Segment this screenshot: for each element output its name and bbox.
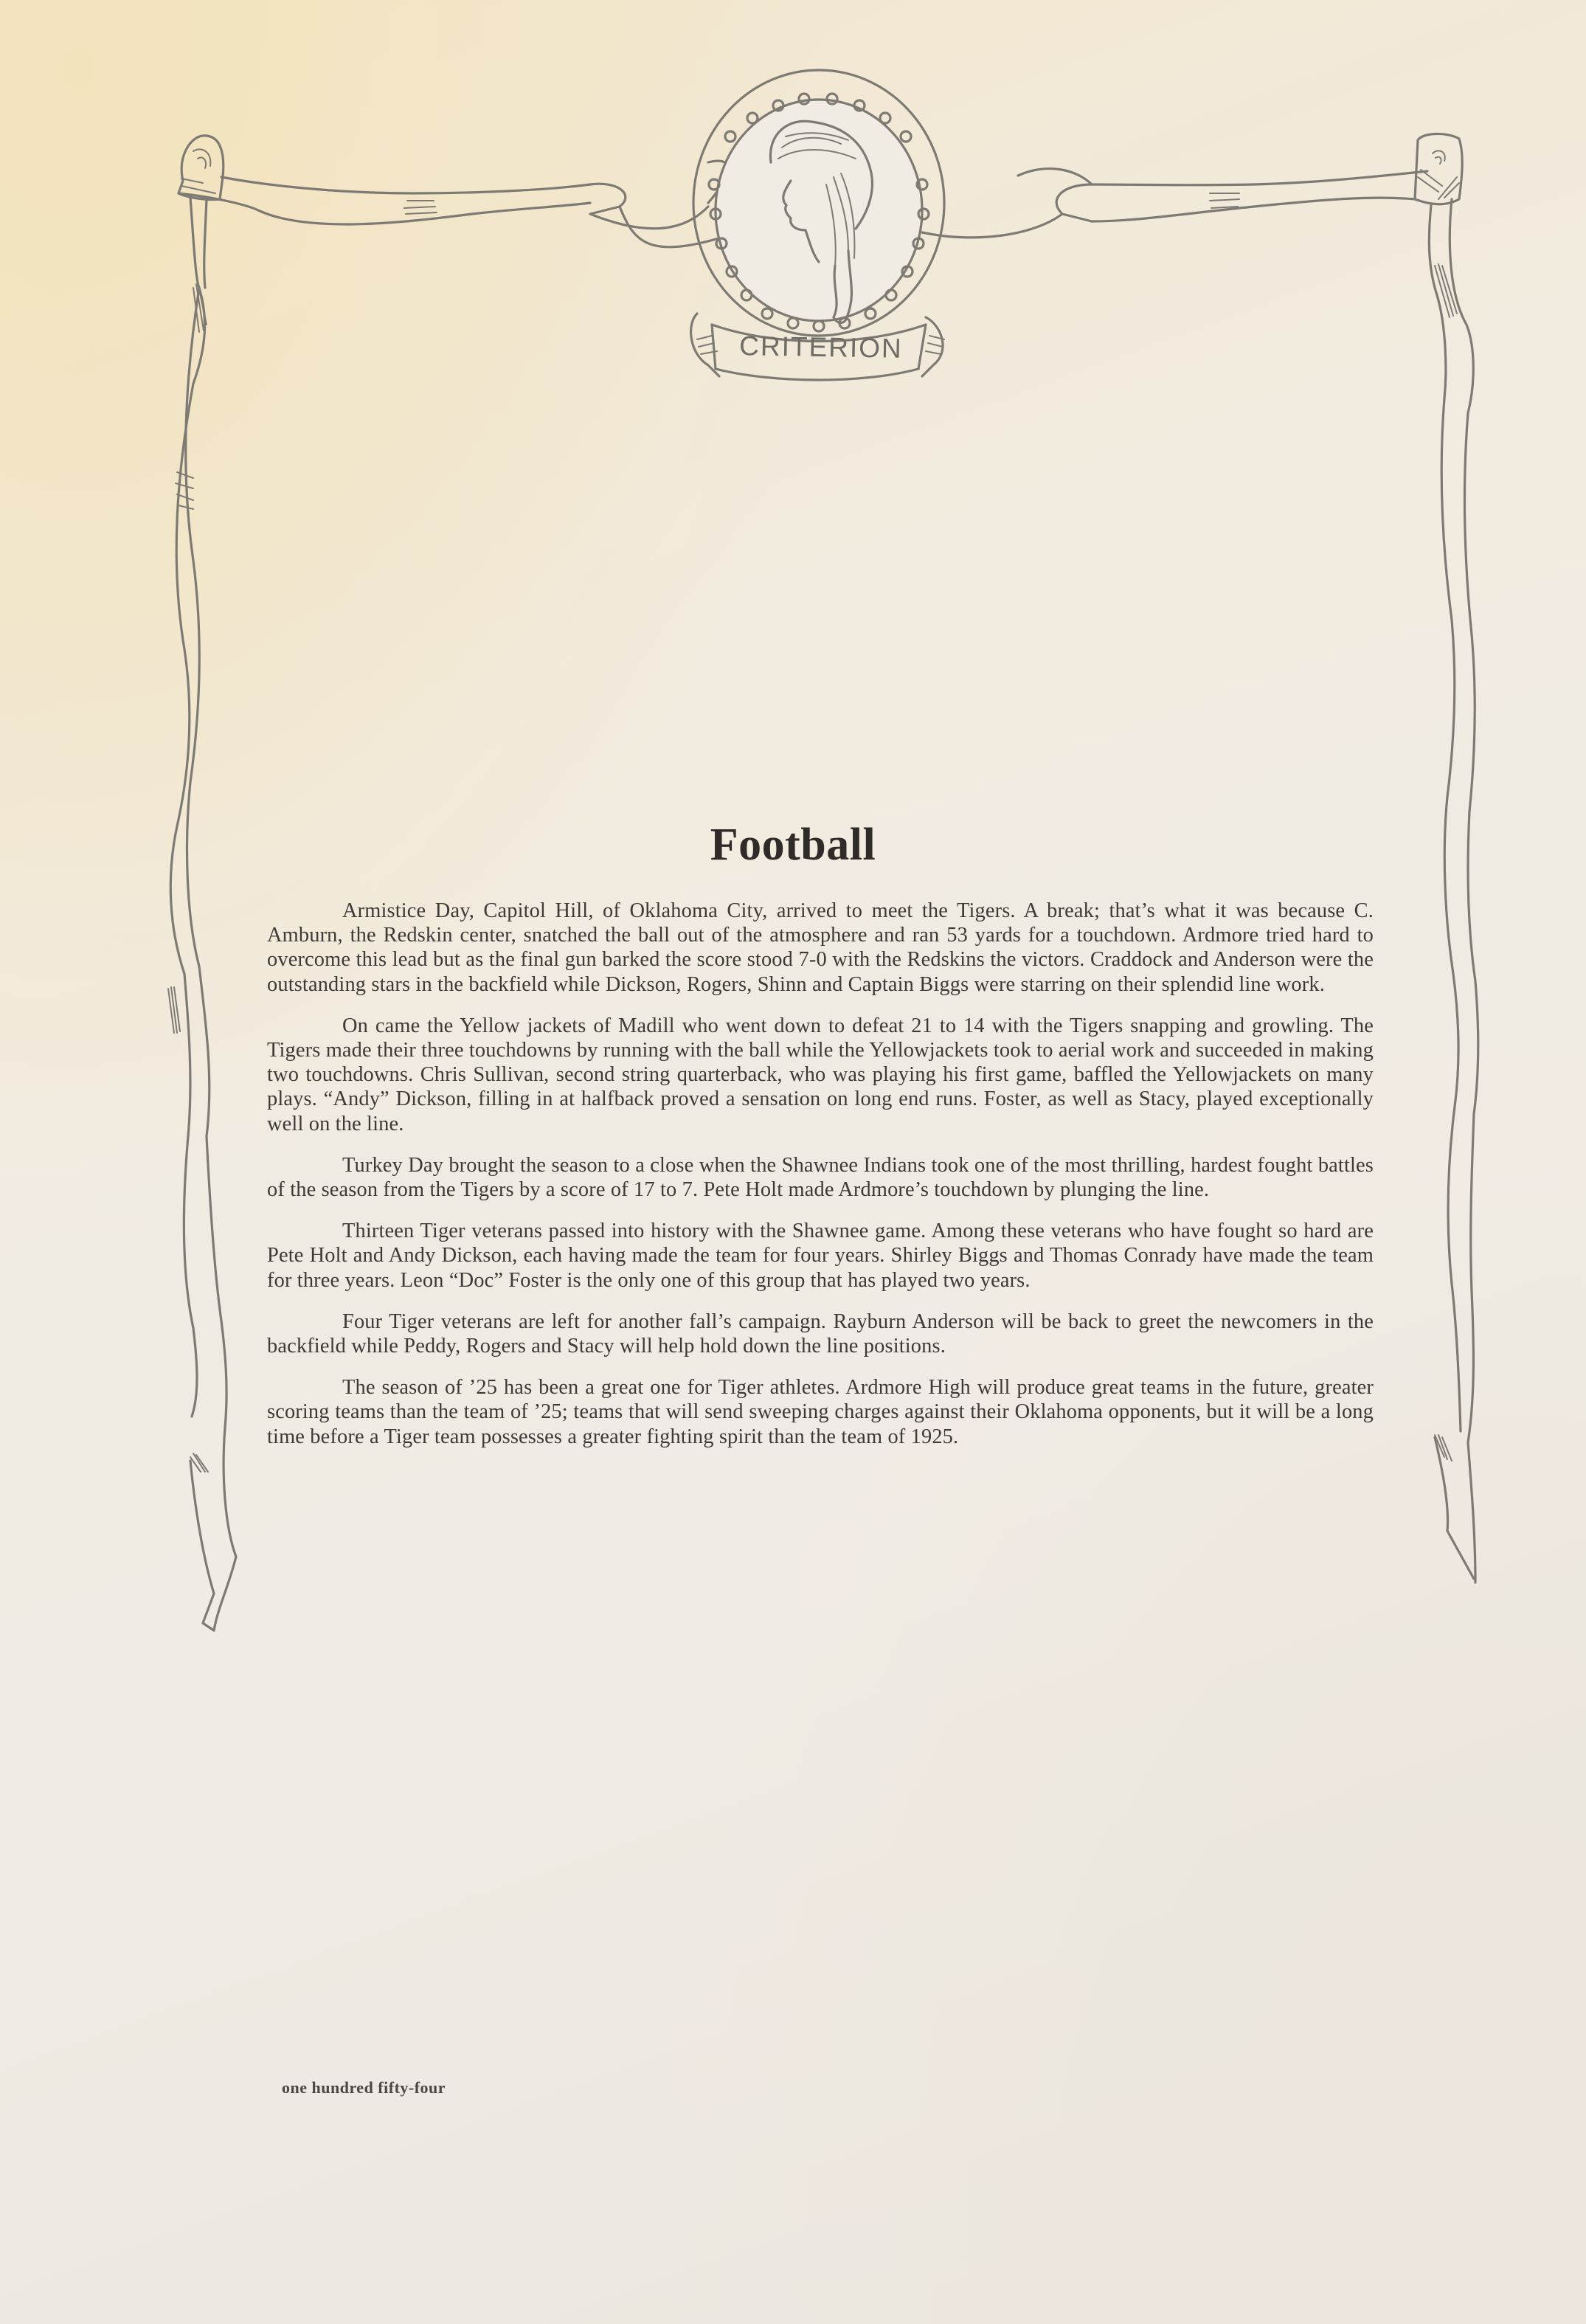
paragraph-season-summary: The season of ’25 has been a great one f… <box>267 1375 1374 1449</box>
paragraph-madill-game: On came the Yellow jackets of Madill who… <box>267 1014 1374 1136</box>
right-ribbon-banner <box>1429 199 1478 1583</box>
emblem-banner-label: CRITERION <box>707 330 936 364</box>
woman-profile-icon <box>770 121 872 322</box>
page-number: one hundred fifty-four <box>282 2078 446 2098</box>
right-scroll-roll-icon <box>922 134 1462 237</box>
article-body: Armistice Day, Capitol Hill, of Oklahoma… <box>267 899 1374 1466</box>
left-ribbon-banner <box>168 198 236 1630</box>
paragraph-departing-veterans: Thirteen Tiger veterans passed into hist… <box>267 1219 1374 1293</box>
page-title: Football <box>0 819 1586 871</box>
paragraph-capitol-hill-game: Armistice Day, Capitol Hill, of Oklahoma… <box>267 899 1374 997</box>
paragraph-shawnee-game: Turkey Day brought the season to a close… <box>267 1153 1374 1202</box>
paragraph-returning-veterans: Four Tiger veterans are left for another… <box>267 1310 1374 1358</box>
left-scroll-roll-icon <box>179 136 738 247</box>
